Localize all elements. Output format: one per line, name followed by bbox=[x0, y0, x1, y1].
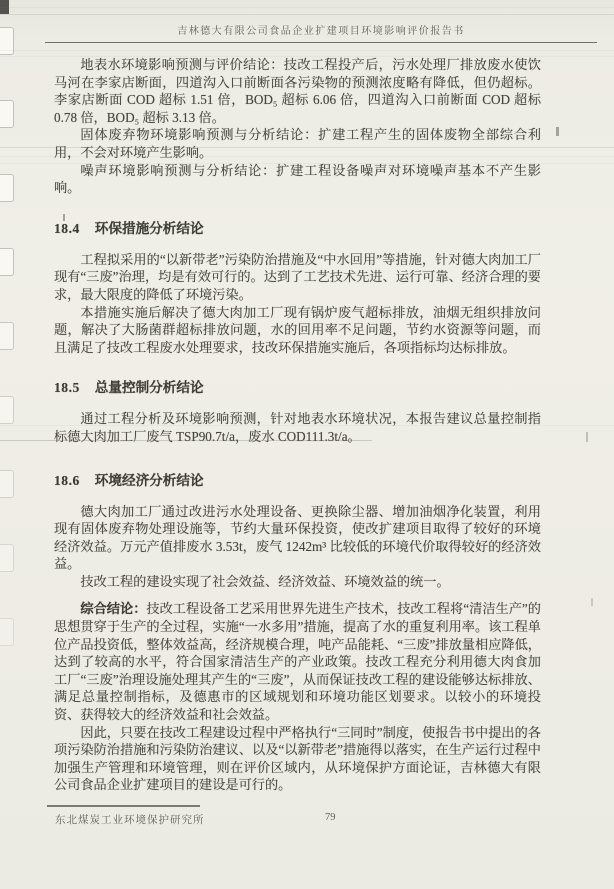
binder-mark bbox=[0, 100, 14, 128]
conclusion-label: 综合结论： bbox=[80, 601, 146, 616]
section-number: 18.4 bbox=[54, 221, 80, 236]
conclusion-text: 技改工程设备工艺采用世界先进生产技术，技改工程将“清洁生产”的思想贯穿于生产的全… bbox=[54, 601, 541, 722]
page-number: 79 bbox=[325, 812, 336, 823]
binder-mark bbox=[0, 322, 14, 350]
section-title: 环保措施分析结论 bbox=[95, 221, 204, 236]
paragraph-18-4-measures: 工程拟采用的“以新带老”污染防治措施及“中水回用”等措施，针对德大肉加工厂现有“… bbox=[54, 251, 541, 304]
scan-streak bbox=[0, 50, 614, 51]
scan-speck bbox=[591, 598, 593, 606]
scan-streak bbox=[0, 14, 614, 15]
paragraph-18-4-results: 本措施实施后解决了德大肉加工厂现有锅炉废气超标排放，油烟无组织排放问题，解决了大… bbox=[54, 304, 541, 357]
scan-streak bbox=[0, 56, 614, 57]
section-number: 18.5 bbox=[54, 380, 80, 395]
section-heading-18-5: 18.5总量控制分析结论 bbox=[54, 376, 541, 396]
page-header: 吉林德大有限公司食品企业扩建项目环境影响评价报告书 bbox=[45, 22, 597, 43]
section-number: 18.6 bbox=[54, 473, 80, 488]
section-title: 环境经济分析结论 bbox=[95, 473, 204, 488]
binder-mark bbox=[0, 174, 14, 202]
section-heading-18-6: 18.6环境经济分析结论 bbox=[54, 469, 541, 489]
paragraph-overall-conclusion: 综合结论：技改工程设备工艺采用世界先进生产技术，技改工程将“清洁生产”的思想贯穿… bbox=[54, 600, 541, 723]
scan-streak bbox=[0, 440, 372, 441]
scan-speck bbox=[63, 214, 65, 221]
scan-speck bbox=[556, 127, 559, 136]
binder-mark bbox=[0, 618, 14, 646]
binder-mark bbox=[0, 248, 14, 276]
scan-streak bbox=[0, 7, 614, 8]
scan-streak bbox=[0, 147, 614, 148]
footer-organization: 东北煤炭工业环境保护研究所 bbox=[55, 812, 205, 827]
binder-mark bbox=[0, 544, 14, 572]
section-title: 总量控制分析结论 bbox=[95, 380, 204, 395]
paragraph-noise-conclusion: 噪声环境影响预测与分析结论：扩建工程设备噪声对环境噪声基本不产生影响。 bbox=[54, 162, 541, 197]
section-heading-18-4: 18.4环保措施分析结论 bbox=[54, 217, 541, 237]
report-page: 吉林德大有限公司食品企业扩建项目环境影响评价报告书 地表水环境影响预测与评价结论… bbox=[0, 0, 614, 889]
paragraph-18-6-unity: 技改工程的建设实现了社会效益、经济效益、环境效益的统一。 bbox=[54, 573, 541, 591]
paragraph-surface-water-conclusion: 地表水环境影响预测与评价结论：技改工程投产后，污水处理厂排放废水使饮马河在李家店… bbox=[54, 56, 541, 126]
footer-rule bbox=[47, 805, 200, 807]
paragraph-18-6-economics: 德大肉加工厂通过改进污水处理设备、更换除尘器、增加油烟净化装置，利用现有固体废弃… bbox=[54, 503, 541, 573]
paragraph-final-feasibility: 因此，只要在技改工程建设过程中严格执行“三同时”制度，使报告书中提出的各项污染防… bbox=[54, 724, 541, 794]
scan-streak bbox=[0, 163, 614, 164]
binder-mark bbox=[0, 470, 14, 498]
header-title: 吉林德大有限公司食品企业扩建项目环境影响评价报告书 bbox=[177, 26, 465, 37]
binder-mark bbox=[0, 396, 14, 424]
scan-streak bbox=[0, 425, 614, 426]
scan-streak bbox=[0, 156, 614, 157]
scan-speck bbox=[586, 432, 588, 442]
